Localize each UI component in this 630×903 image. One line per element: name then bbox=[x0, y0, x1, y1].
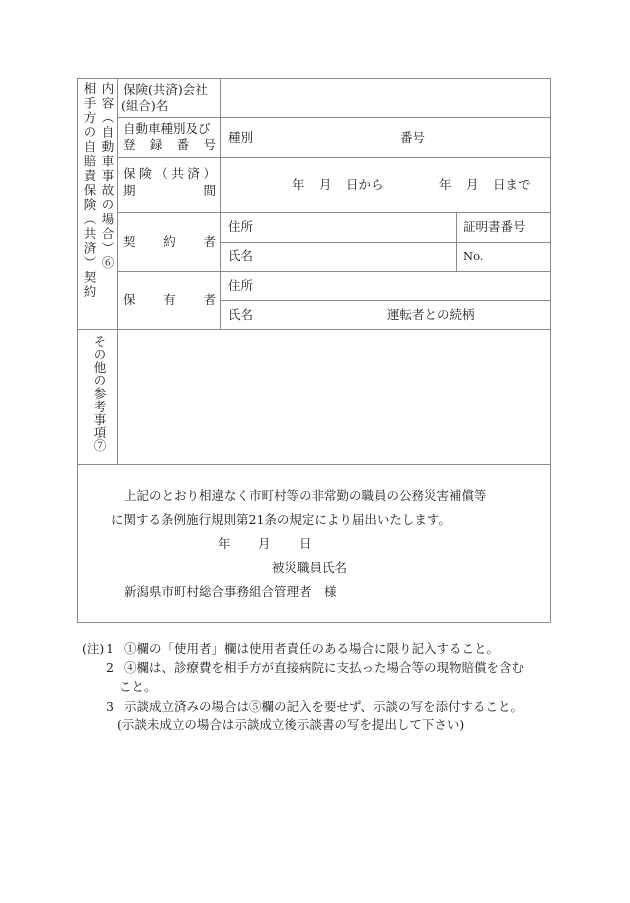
certificate-number-no: No. bbox=[463, 251, 483, 263]
other-reference-field[interactable] bbox=[120, 332, 549, 462]
period-to-day: 日まで bbox=[493, 179, 531, 192]
char: 登 bbox=[123, 139, 136, 152]
addressee: 新潟県市町村総合事務組合管理者 様 bbox=[124, 586, 337, 599]
note-1-number: 1 bbox=[106, 643, 114, 656]
row-divider bbox=[117, 157, 551, 158]
char: 期 bbox=[123, 185, 136, 198]
table-border-bottom bbox=[77, 622, 551, 623]
holder-relation-label: 運転者との続柄 bbox=[387, 309, 475, 322]
other-reference-label: その他の参考事項⑦ bbox=[87, 335, 107, 460]
char: 者 bbox=[203, 294, 216, 307]
char: 保 bbox=[123, 294, 136, 307]
char: 険 bbox=[139, 168, 152, 181]
contractor-address-label: 住所 bbox=[228, 221, 253, 234]
holder-address-label: 住所 bbox=[228, 280, 253, 293]
row-subdivider bbox=[220, 300, 551, 301]
note-3-text-cont: (示談未成立の場合は示談成立後示談書の写を提出して下さい) bbox=[117, 719, 464, 732]
char: 済 bbox=[187, 168, 200, 181]
note-3-number: 3 bbox=[106, 701, 114, 714]
holder-name-label: 氏名 bbox=[228, 309, 253, 322]
char: 者 bbox=[203, 236, 216, 249]
char: 契 bbox=[123, 236, 136, 249]
period-from-day: 日から bbox=[346, 179, 384, 192]
note-3-text: 示談成立済みの場合は⑤欄の記入を要せず、示談の写を添付すること。 bbox=[124, 701, 523, 714]
col-divider-label bbox=[220, 78, 221, 329]
note-2-text: ④欄は、診療費を相手方が直接病院に支払った場合等の現物賠償を含む bbox=[124, 662, 524, 675]
period-label-line2: 期 間 bbox=[123, 185, 216, 198]
char: （ bbox=[155, 168, 168, 181]
char: 間 bbox=[203, 185, 216, 198]
declaration-day: 日 bbox=[299, 538, 312, 551]
vehicle-number-label: 番号 bbox=[400, 132, 425, 145]
declaration-line2: に関する条例施行規則第21条の規定により届出いたします。 bbox=[111, 514, 451, 527]
char: 共 bbox=[171, 168, 184, 181]
insurer-label-line2: (組合)名 bbox=[121, 100, 168, 113]
declaration-year: 年 bbox=[218, 538, 231, 551]
certificate-number-label: 証明書番号 bbox=[463, 221, 526, 234]
contractor-label: 契 約 者 bbox=[123, 236, 216, 249]
section-label-left: 相手方の自賠責保険（共済）契約 bbox=[79, 82, 97, 330]
period-label-line1: 保 険 （ 共 済 ） bbox=[123, 168, 216, 181]
row-divider bbox=[117, 212, 551, 213]
row-divider bbox=[77, 329, 551, 330]
note-2-number: 2 bbox=[106, 662, 114, 675]
period-from-month: 月 bbox=[319, 179, 332, 192]
row-subdivider bbox=[220, 242, 551, 243]
notes-prefix: (注) bbox=[82, 643, 104, 656]
table-border-top bbox=[77, 78, 551, 79]
row-divider bbox=[117, 117, 551, 118]
char: 保 bbox=[123, 168, 136, 181]
char: 録 bbox=[150, 139, 163, 152]
contractor-name-label: 氏名 bbox=[228, 250, 253, 263]
section-label-right: 内容（自動車事故の場合）⑥ bbox=[97, 82, 115, 330]
declaration-line1: 上記のとおり相違なく市町村等の非常勤の職員の公務災害補償等 bbox=[124, 490, 487, 503]
note-2-text-cont: こと。 bbox=[119, 681, 157, 694]
char: 号 bbox=[203, 139, 216, 152]
note-1-text: ①欄の「使用者」欄は使用者責任のある場合に限り記入すること。 bbox=[124, 643, 499, 656]
row-divider bbox=[77, 464, 551, 465]
holder-label: 保 有 者 bbox=[123, 294, 216, 307]
char: 有 bbox=[163, 294, 176, 307]
vehicle-label-line1: 自動車種別及び bbox=[123, 123, 211, 136]
insurer-field[interactable] bbox=[223, 80, 549, 116]
vehicle-type-label: 種別 bbox=[228, 132, 253, 145]
period-from-year: 年 bbox=[292, 179, 305, 192]
table-border-right bbox=[550, 78, 551, 623]
char: 約 bbox=[163, 236, 176, 249]
char: 番 bbox=[177, 139, 190, 152]
declaration-month: 月 bbox=[258, 538, 271, 551]
period-to-month: 月 bbox=[466, 179, 479, 192]
vehicle-label-line2: 登 録 番 号 bbox=[123, 139, 216, 152]
row-divider bbox=[117, 271, 551, 272]
applicant-name-label: 被災職員氏名 bbox=[272, 562, 347, 575]
table-border-left bbox=[77, 78, 78, 623]
period-to-year: 年 bbox=[439, 179, 452, 192]
insurer-label-line1: 保険(共済)会社 bbox=[123, 84, 208, 97]
char: ） bbox=[203, 168, 216, 181]
